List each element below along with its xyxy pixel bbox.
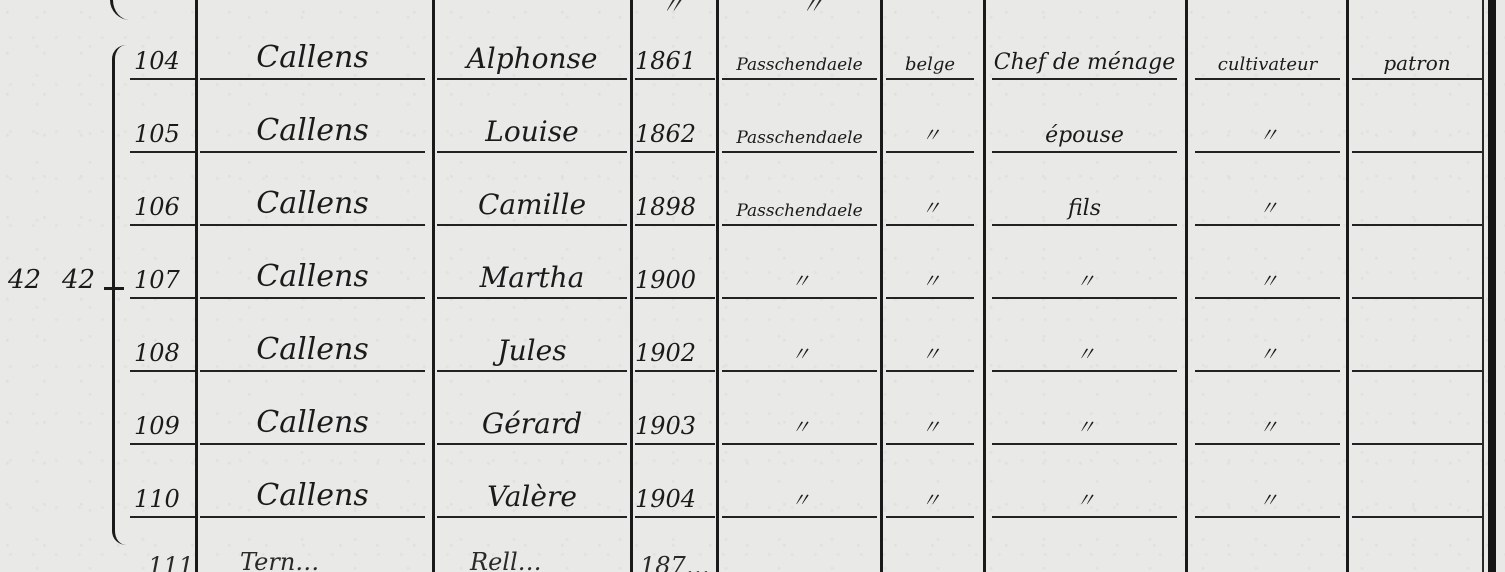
cell-status (1352, 466, 1482, 518)
previous-household-bracket (110, 0, 143, 20)
cell-relation: Chef de ménage (992, 28, 1177, 80)
cell-nationality: 〃 (886, 320, 974, 372)
cell-surname: Callens (200, 101, 425, 153)
cell-surname: Callens (200, 247, 425, 299)
cell-first-name: Jules (437, 320, 627, 372)
cell-first-name: Alphonse (437, 28, 627, 80)
cell-status (1352, 174, 1482, 226)
cell-first-name: Martha (437, 247, 627, 299)
cell-relation: épouse (992, 101, 1177, 153)
cell-birth-year: 1903 (635, 393, 715, 445)
cell-birthplace: Passchendaele (722, 28, 877, 80)
page-border-outer (1488, 0, 1496, 572)
cell-surname: Callens (200, 393, 425, 445)
cell-birthplace: 〃 (722, 393, 877, 445)
cell-status (1352, 393, 1482, 445)
cell-birth-year: 1904 (635, 466, 715, 518)
cell-profession: cultivateur (1195, 28, 1340, 80)
cell-nationality: 〃 (886, 174, 974, 226)
cell-first-name: Valère (437, 466, 627, 518)
cell-surname: Callens (200, 466, 425, 518)
cell-profession: 〃 (1195, 320, 1340, 372)
table-row: 105 Callens Louise 1862 Passchendaele 〃 … (0, 91, 1480, 153)
cell-relation: fils (992, 174, 1177, 226)
cell-status (1352, 101, 1482, 153)
cell-number: 106 (130, 174, 195, 226)
cell-first-name: Louise (437, 101, 627, 153)
cell-first-name: Camille (437, 174, 627, 226)
cell-profession: 〃 (1195, 101, 1340, 153)
partial-row-bottom-first: Rell… (470, 548, 542, 572)
cell-number: 110 (130, 466, 195, 518)
cell-relation: 〃 (992, 247, 1177, 299)
table-row: 110 Callens Valère 1904 〃 〃 〃 〃 (0, 456, 1480, 518)
cell-status (1352, 320, 1482, 372)
cell-first-name: Gérard (437, 393, 627, 445)
cell-nationality: 〃 (886, 247, 974, 299)
cell-birthplace: Passchendaele (722, 101, 877, 153)
cell-birthplace: Passchendaele (722, 174, 877, 226)
cell-birthplace: 〃 (722, 247, 877, 299)
cell-number: 105 (130, 101, 195, 153)
cell-relation: 〃 (992, 466, 1177, 518)
cell-nationality: 〃 (886, 393, 974, 445)
cell-relation: 〃 (992, 393, 1177, 445)
partial-row-bottom-number: 111 (148, 552, 194, 572)
cell-surname: Callens (200, 320, 425, 372)
table-row: 109 Callens Gérard 1903 〃 〃 〃 〃 (0, 383, 1480, 445)
cell-number: 108 (130, 320, 195, 372)
table-row: 106 Callens Camille 1898 Passchendaele 〃… (0, 164, 1480, 226)
partial-row-bottom-surname: Tern… (240, 548, 319, 572)
cell-birth-year: 1898 (635, 174, 715, 226)
partial-row-bottom-year: 187… (640, 552, 710, 572)
table-row: 108 Callens Jules 1902 〃 〃 〃 〃 (0, 310, 1480, 372)
cell-number: 109 (130, 393, 195, 445)
cell-status: patron (1352, 28, 1482, 80)
cell-birth-year: 1902 (635, 320, 715, 372)
cell-profession: 〃 (1195, 174, 1340, 226)
cell-nationality: belge (886, 28, 974, 80)
cell-birth-year: 1900 (635, 247, 715, 299)
cell-number: 104 (130, 28, 195, 80)
cell-birthplace: 〃 (722, 466, 877, 518)
cell-profession: 〃 (1195, 247, 1340, 299)
cell-nationality: 〃 (886, 466, 974, 518)
cell-number: 107 (130, 247, 195, 299)
cell-birth-year: 1861 (635, 28, 715, 80)
cell-profession: 〃 (1195, 393, 1340, 445)
cell-status (1352, 247, 1482, 299)
cell-surname: Callens (200, 174, 425, 226)
cell-birthplace: 〃 (722, 320, 877, 372)
cell-profession: 〃 (1195, 466, 1340, 518)
cell-birth-year: 1862 (635, 101, 715, 153)
cell-relation: 〃 (992, 320, 1177, 372)
census-page: 〃 〃 42 42 104 Callens Alphonse 1861 Pass… (0, 0, 1505, 572)
cell-surname: Callens (200, 28, 425, 80)
table-row: 107 Callens Martha 1900 〃 〃 〃 〃 (0, 237, 1480, 299)
page-border-inner (1482, 0, 1484, 572)
table-row: 104 Callens Alphonse 1861 Passchendaele … (0, 18, 1480, 80)
cell-nationality: 〃 (886, 101, 974, 153)
